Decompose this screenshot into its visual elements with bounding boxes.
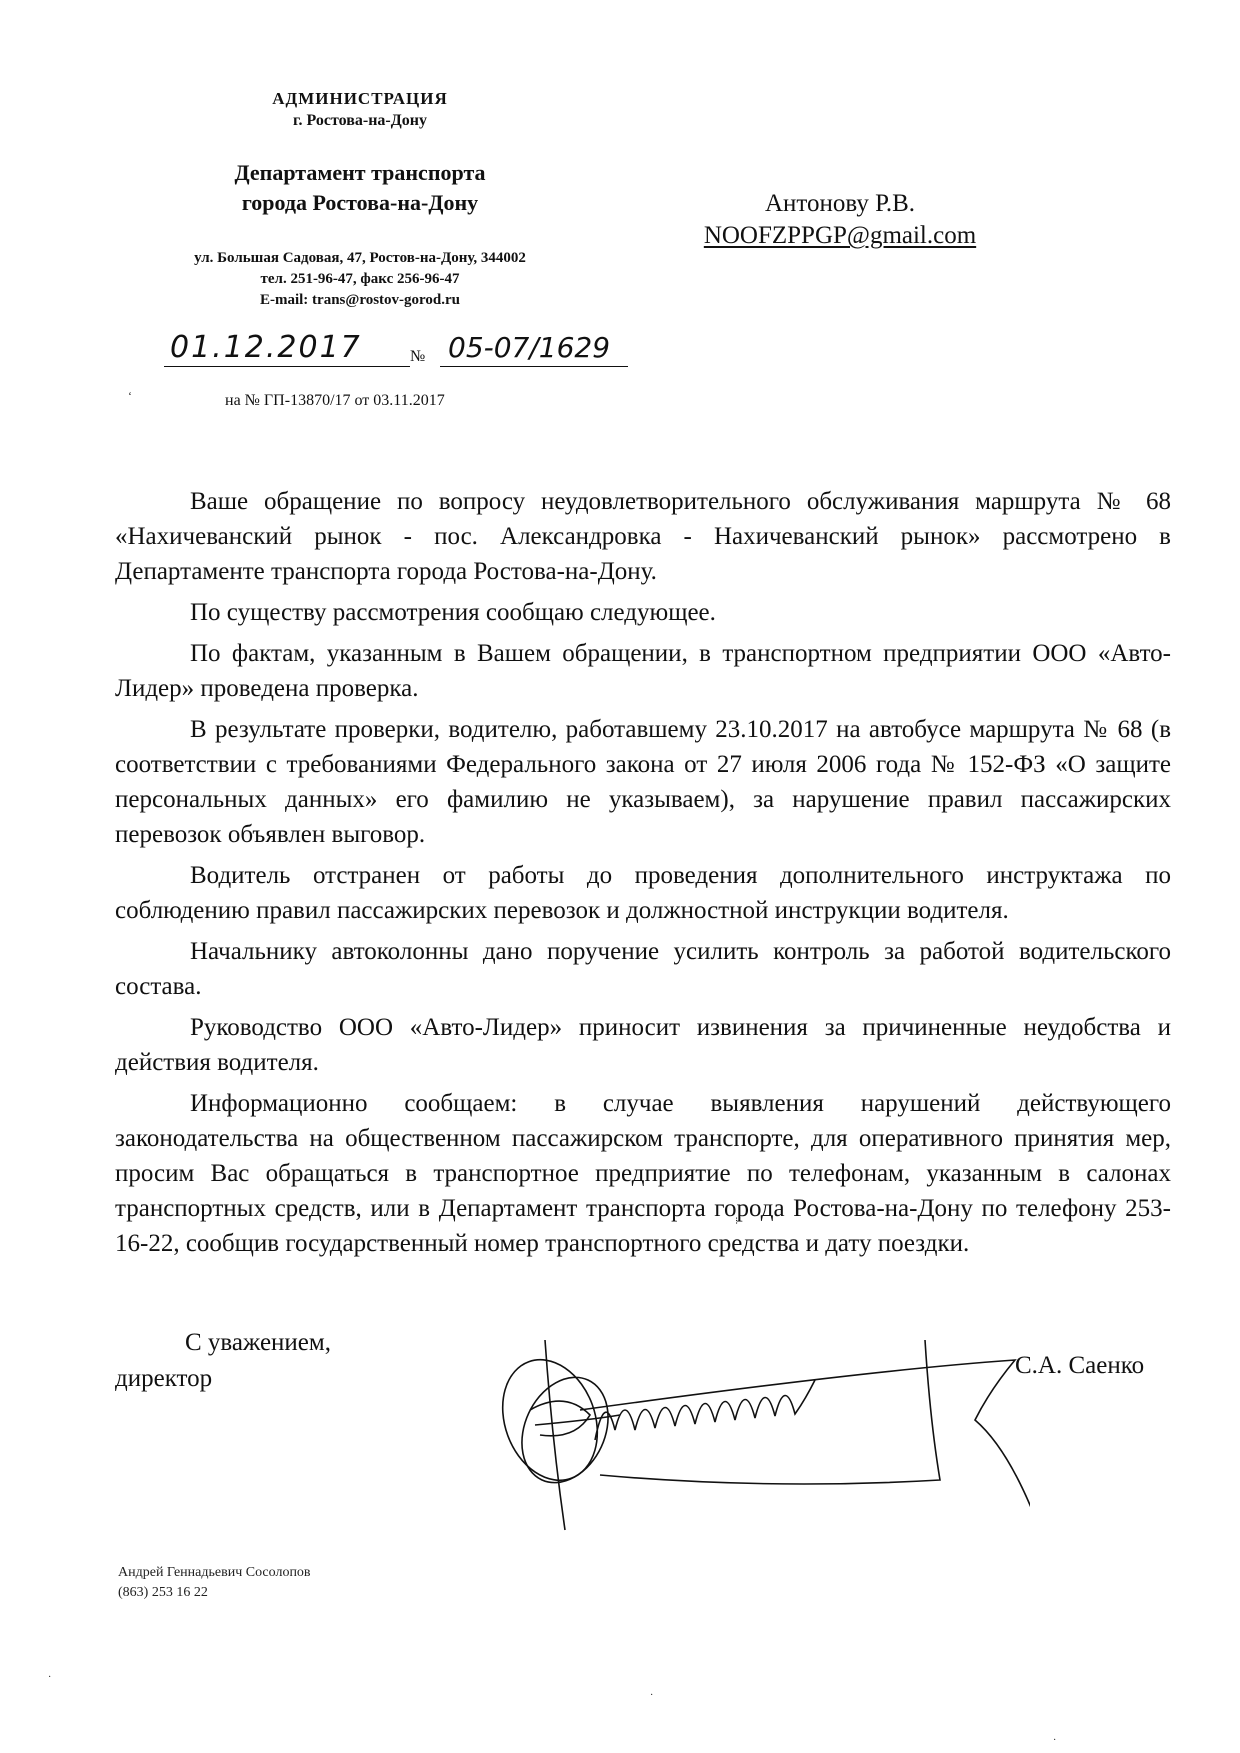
body-paragraph: По фактам, указанным в Вашем обращении, … [115, 636, 1171, 706]
letterhead: АДМИНИСТРАЦИЯ г. Ростова-на-Дону Департа… [130, 88, 590, 311]
department-line-1: Департамент транспорта [130, 158, 590, 188]
body-paragraph: Информационно сообщаем: в случае выявлен… [115, 1086, 1171, 1261]
recipient-block: Антонову Р.В. NOOFZPPGP@gmail.com [680, 188, 1000, 252]
executor-block: Андрей Геннадьевич Сосолопов (863) 253 1… [118, 1563, 311, 1603]
closing-greeting: С уважением, [115, 1325, 331, 1361]
registration-line: 01.12.2017 № 05-07/1629 [150, 330, 620, 370]
department-line-2: города Ростова-на-Дону [130, 188, 590, 218]
recipient-email: NOOFZPPGP@gmail.com [680, 220, 1000, 252]
registration-number: 05-07/1629 [440, 330, 628, 367]
recipient-name: Антонову Р.В. [680, 188, 1000, 220]
department-email: E-mail: trans@rostov-gorod.ru [130, 290, 590, 311]
body-paragraph: Водитель отстранен от работы до проведен… [115, 858, 1171, 928]
department-contacts: ул. Большая Садовая, 47, Ростов-на-Дону,… [130, 248, 590, 311]
executor-phone: (863) 253 16 22 [118, 1583, 311, 1603]
body-paragraph: Руководство ООО «Авто-Лидер» приносит из… [115, 1010, 1171, 1080]
number-sign: № [410, 348, 425, 366]
handwritten-signature [470, 1320, 1030, 1550]
executor-name: Андрей Геннадьевич Сосолопов [118, 1563, 311, 1583]
closing-block: С уважением, директор [115, 1325, 331, 1397]
registration-date: 01.12.2017 [164, 330, 410, 367]
department-address: ул. Большая Садовая, 47, Ростов-на-Дону,… [130, 248, 590, 269]
scan-mark: ʻ [128, 389, 132, 404]
scan-speck: · [48, 1672, 51, 1683]
scan-speck: · [1053, 1735, 1056, 1746]
administration-city: г. Ростова-на-Дону [130, 110, 590, 132]
scan-speck: ⁝ [735, 1216, 738, 1227]
administration-title: АДМИНИСТРАЦИЯ [130, 88, 590, 110]
department-phone-fax: тел. 251-96-47, факс 256-96-47 [130, 269, 590, 290]
signer-name: С.А. Саенко [1015, 1352, 1144, 1380]
signer-position: директор [115, 1361, 331, 1397]
letter-page: АДМИНИСТРАЦИЯ г. Ростова-на-Дону Департа… [0, 0, 1240, 1753]
scan-speck: · [650, 1690, 653, 1701]
body-paragraph: Ваше обращение по вопросу неудовлетворит… [115, 484, 1171, 589]
reply-reference: на № ГП-13870/17 от 03.11.2017 [225, 392, 445, 410]
department-name: Департамент транспорта города Ростова-на… [130, 158, 590, 218]
body-paragraph: В результате проверки, водителю, работав… [115, 712, 1171, 852]
letter-body: Ваше обращение по вопросу неудовлетворит… [115, 484, 1171, 1267]
body-paragraph: Начальнику автоколонны дано поручение ус… [115, 934, 1171, 1004]
body-paragraph: По существу рассмотрения сообщаю следующ… [115, 595, 1171, 630]
